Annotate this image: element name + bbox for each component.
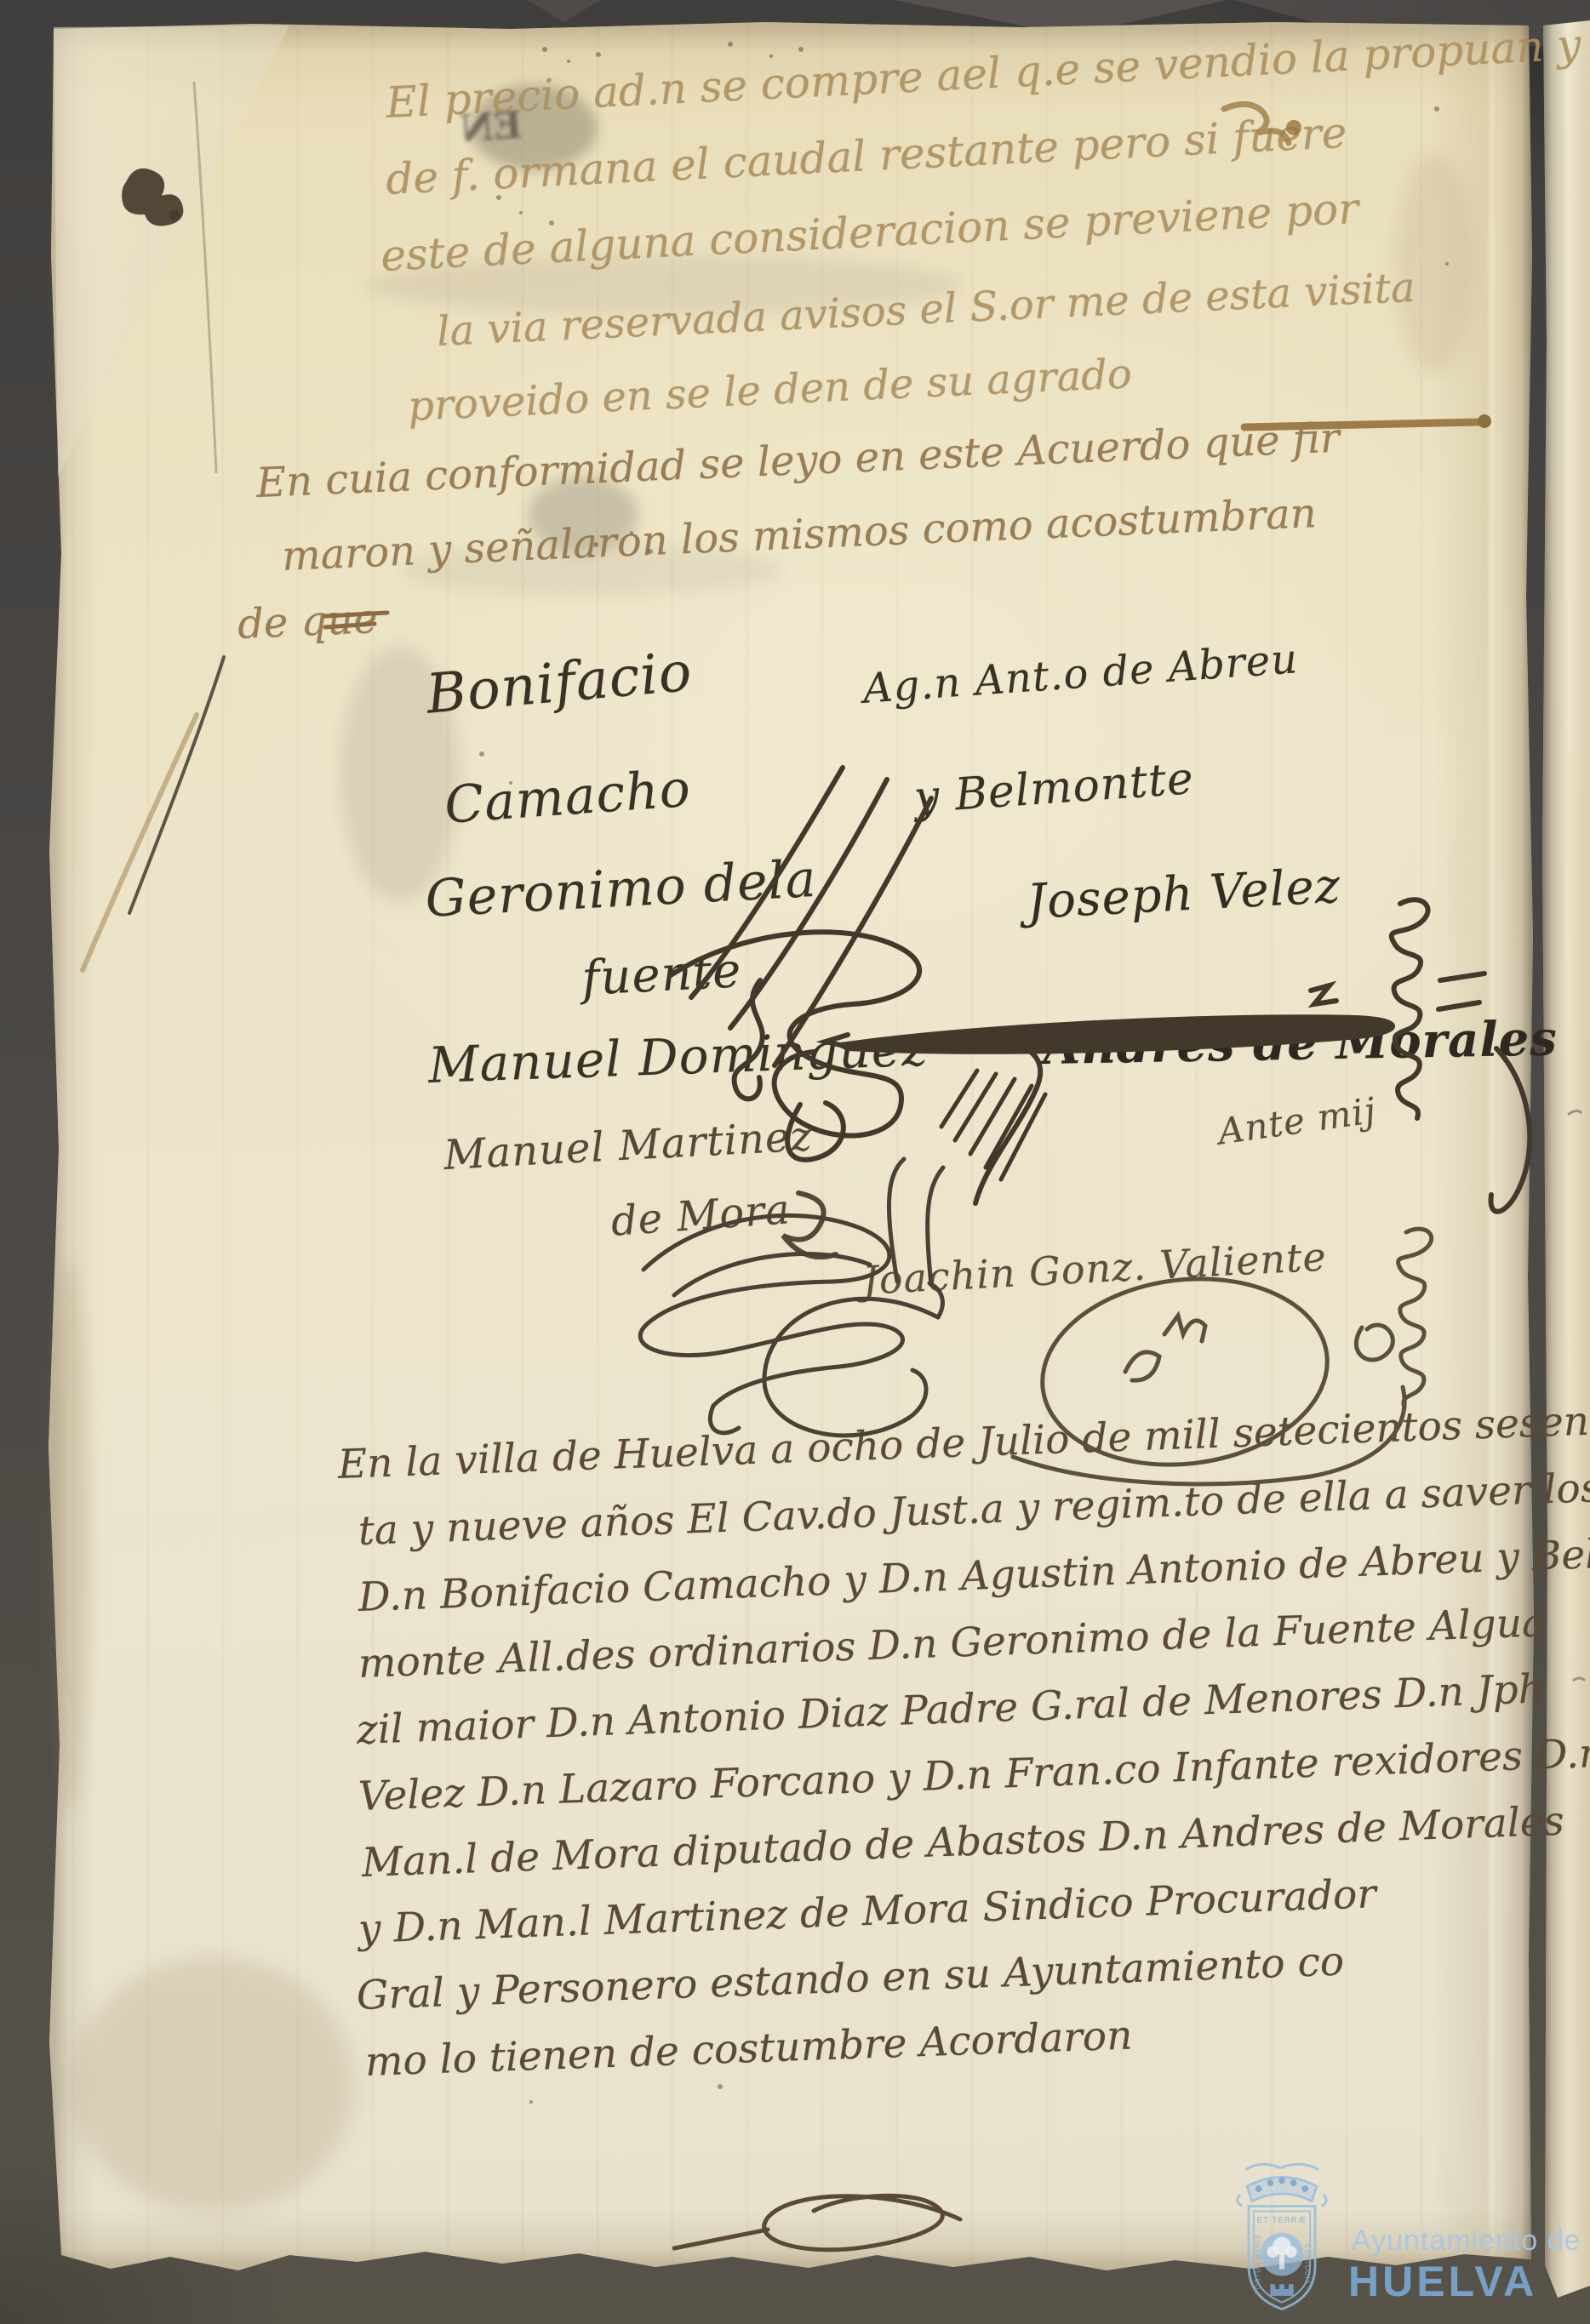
signature-andres-morales: Andres de Morales <box>1043 1010 1558 1076</box>
manuscript-scan: EN El precio ad.n se compre ael q.e se v… <box>0 0 1590 2324</box>
signature-geronimo-fuente: fuente <box>581 943 743 1007</box>
watermark-org-name: Ayuntamiento de <box>1352 2224 1581 2258</box>
watermark-city-name: HUELVA <box>1348 2257 1537 2306</box>
top-paragraph-line: de que <box>237 595 379 648</box>
shield-castle <box>1270 2284 1293 2296</box>
